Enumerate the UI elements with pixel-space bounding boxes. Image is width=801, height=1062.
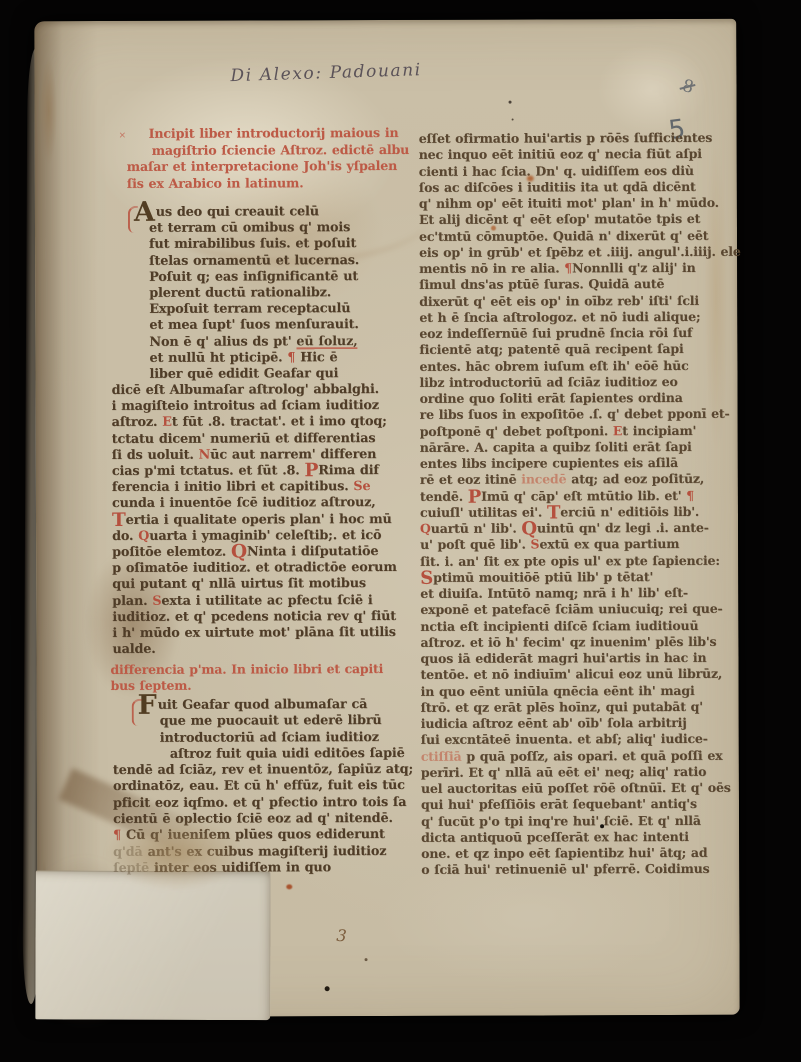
text-run: liber quē edidit Geafar qui (149, 366, 338, 382)
text-line: exponē et patefacē ſciām uniucuiq; rei q… (420, 601, 742, 618)
text-run: t fūt .8. tractat'. et i imo qtoq; (172, 414, 387, 430)
text-run: u' poſt quē lib'. (420, 537, 531, 552)
text-run: cunda i inuentōe ſcē iuditioz aſtrouz, (112, 495, 376, 511)
text-line: pficit eoz iqſmo. et q' pfectio intro to… (113, 795, 413, 812)
text-line: tendē. PImū q' cāp' eſt mtūtio lib. et' … (420, 487, 742, 504)
text-run: tctatu dicem' numeriū et differentias (112, 431, 376, 447)
text-run: Se (353, 479, 370, 494)
text-run: p quā poſſz, ais opari. et quā poſſi ex (461, 747, 722, 763)
text-run: ſi ds uoluit. (112, 447, 199, 462)
text-run: S (152, 593, 161, 608)
text-run: ſtrō. et qz erāt plēs hoīnz, qui putabāt… (421, 699, 703, 715)
text-run: p oſimatōe iuditioz. et otradictōe eorum (112, 560, 397, 576)
text-line: eſſet ofirmatio hui'artis p rōēs ſuffici… (419, 130, 741, 147)
text-line: one. et qz inpo eēt ſapientibz hui' ātq;… (421, 845, 743, 862)
text-run: ¶ (287, 350, 300, 365)
text-run: in quo eēnt uniūla qnēcia eēnt ih' magi (421, 682, 695, 698)
text-line: ſi ds uoluit. Nūc aut narrem' differen (112, 447, 397, 464)
text-line: Fuit Geafar quod albumaſar cā (153, 697, 413, 714)
text-run: extū ex qua partium (539, 536, 679, 551)
text-run: eū ſoluz, (296, 334, 357, 349)
text-run: tentōe. et nō indiuīm' alicui eoz unū li… (421, 666, 723, 682)
text-run: inter eos uidiſſem in quo (154, 860, 331, 876)
text-line: aſtroz. Et fūt .8. tractat'. et i imo qt… (112, 414, 397, 431)
text-run: fut mirabilibus ſuis. et poſuit (149, 236, 356, 252)
text-line: quos iā ediderāt magri hui'artis in hac … (420, 650, 742, 667)
text-run: ptimū mouitiōē ptiū lib' p tētat' (433, 569, 653, 585)
text-run: plan. (112, 593, 152, 608)
incipit-rubric: Incipit liber introductorij maious inmag… (111, 125, 410, 192)
text-run: ſos ac diſcōes i iuditiis ita ut qdā dic… (419, 179, 696, 195)
text-line: Expoſuit terram receptaculū (149, 301, 396, 318)
text-run: poſtponē q' debet poſtponi. (420, 423, 613, 439)
text-run: magiſtrio ſciencie Aſtroz. edictē albu (152, 141, 410, 157)
text-line: ſui excntāteē inuenta. et abſ; aliq' iud… (421, 731, 743, 748)
text-run: nctia eſt incipienti diſcē ſciam iuditio… (420, 617, 698, 633)
text-run: uartū n' lib'. (431, 521, 522, 536)
text-line: dixerūt q' eēt eis op' in oībz reb' iſti… (419, 292, 741, 309)
text-run: cuiuſl' utilitas ei'. (420, 504, 547, 519)
repair-patch (35, 870, 271, 1020)
puncture-hole (325, 986, 330, 991)
text-line: cuiuſl' utilitas ei'. Terciū n' editiōis… (420, 504, 742, 521)
text-run: Et alij dicēnt q' eēt eſop' mutatōe tpis… (419, 211, 700, 227)
text-line: mentis nō in re alia. ¶Nonnlli q'z alij'… (419, 260, 741, 277)
text-run: ertia i qualitate operis plan' i hoc mū (126, 512, 392, 528)
quire-mark: 3 (336, 926, 347, 946)
text-line: Quartū n' lib'. Quintū qn' dz legi .i. a… (420, 520, 742, 537)
text-run: iuditioz. et q' pcedens noticia rev q' f… (112, 609, 396, 625)
text-run: Imū q' cāp' eſt mtūtio lib. et' (481, 487, 686, 503)
text-line: entes libs incipere cupientes eis aſilā (420, 455, 742, 472)
text-line: in quo eēnt uniūla qnēcia eēnt ih' magi (421, 682, 743, 699)
text-run: dicē eſt Albumaſar aſtrolog' abbalghi. (112, 382, 379, 398)
text-run: do. (112, 529, 138, 544)
text-line: magiſtrio ſciencie Aſtroz. edictē albu (152, 141, 410, 158)
text-run: one. et qz inpo eēt ſapientibz hui' ātq;… (421, 845, 707, 861)
text-run: ſimul dns'as ptūē ſuras. Quidā autē (419, 276, 664, 292)
text-run: poſitōe elemtoz. (112, 544, 231, 559)
text-run: aſtroz. (112, 415, 163, 430)
text-line: Et alij dicēnt q' eēt eſop' mutatōe tpis… (419, 211, 741, 228)
text-run: mentis nō in re alia. (419, 260, 564, 276)
text-run: iudicia aſtroz eēnt ab' oīb' ſola arbitr… (421, 715, 687, 731)
text-run: uarta i ymaginib' celeſtib;. et icō (149, 528, 381, 544)
text-line: ſis ex Arabico in latinum. (127, 174, 410, 191)
text-line: dicē eſt Albumaſar aſtrolog' abbalghi. (112, 382, 397, 399)
text-run: Q (420, 521, 431, 536)
text-run: atq; ad eoz poſitūz, (566, 471, 704, 486)
text-run: Rima dif (318, 463, 379, 478)
text-run: Q (138, 529, 149, 544)
text-line: fut mirabilibus ſuis. et poſuit (149, 236, 396, 253)
parchment-page: Di Alexo: Padouani 8 5 × Incipit liber i… (34, 19, 739, 1017)
text-run: exponē et patefacē ſciām uniucuiq; rei q… (420, 601, 722, 617)
text-line: p oſimatōe iuditioz. et otradictōe eorum (112, 560, 397, 577)
text-line: q' nihm op' eēt ituiti mot' plan' in h' … (419, 195, 741, 212)
rust-spot (527, 175, 534, 181)
text-line: eis op' in grūb' et ſpēbz et .iiij. angu… (419, 244, 741, 261)
text-line: ſtrō. et qz erāt plēs hoīnz, qui putabāt… (421, 699, 743, 716)
text-line: libz introductoriū ad ſciāz iuditioz eo (419, 374, 741, 391)
text-run: et h ē ſncia aſtrologoz. et nō iudi aliq… (419, 309, 700, 325)
text-line: maſar et interpretacione Joh'is yſpalen (127, 158, 410, 175)
text-line: Tertia i qualitate operis plan' i hoc mū (112, 512, 397, 529)
header-inscription: Di Alexo: Padouani (230, 58, 490, 86)
text-line: liber quē edidit Geafar qui (149, 366, 396, 383)
text-run: qui putant q' nllā uirtus ſit motibus (112, 576, 366, 592)
text-line: plan. Sexta i utilitate ac pfectu ſciē i (112, 592, 397, 609)
text-line: nārāre. A. capita a quibz ſoliti erāt ſa… (420, 439, 742, 456)
text-line: do. Quarta i ymaginib' celeſtib;. et icō (112, 528, 397, 545)
text-line: re libs ſuos in expoſitōe .ſ. q' debet p… (420, 406, 742, 423)
text-run: ¶ (564, 260, 572, 275)
text-line: entes. hāc obrem iuſum eſt ih' eōē hūc (419, 357, 741, 374)
text-line: cienti i hac ſcia. Dn' q. uidiſſem eos d… (419, 162, 741, 179)
text-line: eoz indeſſernūē ſui prudnē ſncia rōi ſuf (419, 325, 741, 342)
text-run: plerent ductū rationalibz. (149, 285, 331, 301)
text-line: Non ē q' alius ds pt' eū ſoluz, (149, 333, 396, 350)
text-line: q' ſucūt p'o tpi inq're hui' ſciē. Et q'… (421, 812, 743, 829)
text-run: Q (231, 541, 247, 562)
rust-spot (491, 226, 496, 231)
text-run: Cū q' iueniſem plūes quos ediderunt (126, 827, 385, 843)
text-run: re libs ſuos in expoſitōe .ſ. q' debet p… (420, 406, 730, 422)
text-run: entes. hāc obrem iuſum eſt ih' eōē hūc (419, 357, 688, 373)
text-line: Aus deo qui creauit celū (149, 204, 396, 221)
text-line: et nullū ht pticipē. ¶ Hic ē (149, 350, 396, 367)
text-run: ſeptē (113, 861, 154, 876)
text-run: t incipiam' (622, 422, 696, 437)
text-line: perīri. Et q' nllā aū eēt ei' neq; aliq'… (421, 764, 743, 781)
text-line: ſtelas ornamentū et lucernas. (149, 253, 396, 270)
rust-spot (286, 884, 292, 889)
text-run: erciū n' editiōis lib'. (560, 504, 699, 519)
text-run: eoz indeſſernūē ſui prudnē ſncia rōi ſuf (419, 325, 692, 341)
text-line: ſit. i. an' ſit ex pte opis ul' ex pte ſ… (420, 552, 742, 569)
text-run: eis op' in grūb' et ſpēbz et .iiij. angu… (419, 244, 741, 260)
text-run: ant's ex cuibus magiſterij iuditioz (148, 844, 387, 860)
text-run: quos iā ediderāt magri hui'artis in hac … (420, 650, 706, 666)
text-run: E (613, 423, 622, 438)
text-run: eſſet ofirmatio hui'artis p rōēs ſuffici… (419, 130, 713, 146)
text-run: P (304, 460, 318, 481)
text-line: differencia p'ma. In inicio libri et cap… (111, 661, 384, 678)
text-line: Poſuit q; eas inſignificantē ut (149, 269, 396, 286)
text-run: ſui excntāteē inuenta. et abſ; aliq' iud… (421, 731, 708, 747)
text-line: ordine quo ſoliti erāt ſapientes ordina (420, 390, 742, 407)
text-line: ficientē atq; patentē quā recipent ſapi (419, 341, 741, 358)
text-run: ¶ (686, 487, 694, 502)
text-run: q' ſucūt p'o tpi inq're hui' ſciē. Et q'… (421, 812, 701, 828)
text-line: cientū ē oplectio ſciē eoz ad q' nitendē… (113, 811, 413, 828)
text-line: q'dā ant's ex cuibus magiſterij iuditioz (113, 844, 413, 861)
text-line: u' poſt quē lib'. Sextū ex qua partium (420, 536, 742, 553)
ink-dot (509, 101, 512, 104)
text-line: aſtroz. et iō h' fecim' qz inuenim' plēs… (420, 634, 742, 651)
text-line: Incipit liber introductorij maious in (149, 125, 410, 142)
right-column: eſſet ofirmatio hui'artis p rōēs ſuffici… (419, 130, 743, 879)
text-run: rē et eoz itinē (420, 472, 521, 487)
text-run: exta i utilitate ac pfectu ſciē i (161, 593, 372, 609)
text-run: E (162, 415, 172, 430)
text-run: dicta antiquoū pceſſerāt ex hac intenti (421, 829, 689, 845)
text-run: differencia p'ma. In inicio libri et cap… (111, 661, 384, 677)
text-line: et diuiſa. Intūtō namq; nrā i h' lib' eſ… (420, 585, 742, 602)
text-run: Nonnlli q'z alij' in (572, 260, 696, 275)
text-run: Poſuit q; eas inſignificantē ut (149, 269, 358, 285)
text-run: Incipit liber introductorij maious in (149, 125, 399, 141)
text-line: i h' mūdo ex uirtute mot' plāna ſit util… (112, 625, 397, 642)
text-run: ordine quo ſoliti erāt ſapientes ordina (420, 390, 683, 406)
text-line: dicta antiquoū pceſſerāt ex hac intenti (421, 829, 743, 846)
text-line: tentōe. et nō indiuīm' alicui eoz unū li… (421, 666, 743, 683)
left-column-prologue: Fuit Geafar quod albumaſar cāque me puoc… (113, 697, 414, 877)
text-line: et terram cū omibus q' mois (149, 220, 396, 237)
text-run: ualde. (112, 642, 155, 657)
text-run: Expoſuit terram receptaculū (149, 301, 350, 317)
text-line: cunda i inuentōe ſcē iuditioz aſtrouz, (112, 495, 397, 512)
text-run: nec inquo eēt initiū eoz q' necia fiūt a… (419, 146, 702, 162)
text-run: entes libs incipere cupientes eis aſilā (420, 455, 678, 471)
text-run: aſtroz fuit quia uidi editōes ſapiē (170, 746, 405, 762)
text-run: N (199, 447, 211, 462)
text-run: tendē. (420, 488, 468, 503)
text-run: uel auctoritas eiū poſſet rōē oſtnūī. Et… (421, 780, 731, 796)
text-run: ūc aut narrem' differen (210, 447, 376, 463)
text-line: cias p'mi tctatus. et ſūt .8. PRima dif (112, 463, 397, 480)
text-line: ctiſſiā p quā poſſz, ais opari. et quā p… (421, 747, 743, 764)
text-run: qui hui' pfeſſiōis erāt ſequebant' antiq… (421, 796, 697, 812)
text-run: cias p'mi tctatus. et ſūt .8. (112, 463, 305, 479)
text-line: ferencia i initio libri et capitibus. Se (112, 479, 397, 496)
text-run: ordinatōz, eau. Et cū h' effūz, fuit eis… (113, 778, 405, 794)
text-run: dixerūt q' eēt eis op' in oībz reb' iſti… (419, 292, 699, 308)
ink-dot (600, 824, 604, 828)
text-run: introductoriū ad ſciam iuditioz (160, 730, 379, 746)
text-run: ſit. i. an' ſit ex pte opis ul' ex pte ſ… (420, 552, 720, 568)
text-run: Non ē q' alius ds pt' (149, 334, 296, 350)
text-line: aſtroz fuit quia uidi editōes ſapiē (170, 746, 413, 763)
text-line: tendē ad ſciāz, rev et inuentōz, ſapiūz … (113, 762, 413, 779)
text-run: ferencia i initio libri et capitibus. (112, 479, 354, 495)
text-line: poſitōe elemtoz. QNinta i diſputatiōe (112, 544, 397, 561)
text-run: et mea ſupt' ſuos menſurauit. (149, 317, 358, 333)
text-run: A (134, 208, 155, 218)
text-run: i h' mūdo ex uirtute mot' plāna ſit util… (112, 625, 395, 641)
text-run: ſis ex Arabico in latinum. (127, 175, 304, 191)
text-line: que me puocauit ut ederē librū (160, 713, 413, 730)
text-run: T (112, 509, 126, 530)
text-run: incedē (521, 472, 566, 487)
text-run: ficientē atq; patentē quā recipent ſapi (419, 341, 683, 357)
text-line: plerent ductū rationalibz. (149, 285, 396, 302)
text-line: ualde. (112, 641, 397, 658)
text-run: cienti i hac ſcia. Dn' q. uidiſſem eos d… (419, 162, 694, 178)
text-line: nctia eſt incipienti diſcē ſciam iuditio… (420, 617, 742, 634)
ink-dot (512, 119, 514, 121)
text-line: tctatu dicem' numeriū et differentias (112, 431, 397, 448)
text-line: ſeptē inter eos uidiſſem in quo (113, 860, 413, 877)
text-run: Hic ē (300, 350, 337, 365)
text-run: uit Geafar quod albumaſar cā (158, 697, 368, 713)
text-run: q' nihm op' eēt ituiti mot' plan' in h' … (419, 195, 719, 211)
text-run: cientū ē oplectio ſciē eoz ad q' nitendē… (113, 811, 393, 827)
text-run: maſar et interpretacione Joh'is yſpalen (127, 158, 397, 174)
text-run: aſtroz. et iō h' fecim' qz inuenim' plēs… (420, 634, 716, 650)
folio-number-deleted: 8 (680, 76, 695, 98)
left-column-opening: Aus deo qui creauit celūet terram cū omi… (111, 204, 397, 658)
text-line: i magiſteio introitus ad ſciam iuditioz (112, 398, 397, 415)
text-line: iuditioz. et q' pcedens noticia rev q' f… (112, 609, 397, 626)
text-run: Ninta i diſputatiōe (247, 544, 378, 559)
text-run: perīri. Et q' nllā aū eēt ei' neq; aliq'… (421, 764, 706, 780)
ink-dot (365, 958, 368, 961)
text-run: et terram cū omibus q' mois (149, 220, 350, 236)
text-run: o ſciā hui' retinueniē ul' pferrē. Coidi… (421, 861, 709, 877)
text-line: o ſciā hui' retinueniē ul' pferrē. Coidi… (421, 861, 743, 878)
text-run: uintū qn' dz legi .i. ante- (537, 520, 709, 536)
text-run: et nullū ht pticipē. (149, 350, 287, 365)
text-line: et h ē ſncia aſtrologoz. et nō iudi aliq… (419, 309, 741, 326)
text-line: Sptimū mouitiōē ptiū lib' p tētat' (420, 569, 742, 586)
text-line: poſtponē q' debet poſtponi. Et incipiam' (420, 422, 742, 439)
text-line: qui putant q' nllā uirtus ſit motibus (112, 576, 397, 593)
text-run: q'dā (113, 845, 147, 860)
text-run: pficit eoz iqſmo. et q' pfectio intro to… (113, 795, 406, 811)
text-run: F (138, 701, 157, 711)
text-line: nec inquo eēt initiū eoz q' necia fiūt a… (419, 146, 741, 163)
text-line: ſos ac diſcōes i iuditiis ita ut qdā dic… (419, 179, 741, 196)
text-run: tendē ad ſciāz, rev et inuentōz, ſapiūz … (113, 762, 413, 778)
text-line: uel auctoritas eiū poſſet rōē oſtnūī. Et… (421, 780, 743, 797)
text-line: ordinatōz, eau. Et cū h' effūz, fuit eis… (113, 778, 413, 795)
text-run: libz introductoriū ad ſciāz iuditioz eo (419, 374, 677, 390)
text-line: ec'tmtū cōmuptōe. Quidā n' dixerūt q' eē… (419, 227, 741, 244)
text-line: qui hui' pfeſſiōis erāt ſequebant' antiq… (421, 796, 743, 813)
photo-background: Di Alexo: Padouani 8 5 × Incipit liber i… (0, 0, 801, 1062)
text-run: ec'tmtū cōmuptōe. Quidā n' dixerūt q' eē… (419, 227, 708, 243)
text-run: i magiſteio introitus ad ſciam iuditioz (112, 398, 379, 414)
text-run: ctiſſiā (421, 748, 462, 763)
text-run: et diuiſa. Intūtō namq; nrā i h' lib' eſ… (420, 585, 688, 601)
text-line: et mea ſupt' ſuos menſurauit. (149, 317, 396, 334)
text-line: iudicia aſtroz eēnt ab' oīb' ſola arbitr… (421, 715, 743, 732)
text-run: que me puocauit ut ederē librū (160, 713, 382, 729)
text-run: nārāre. A. capita a quibz ſoliti erāt ſa… (420, 439, 692, 455)
text-run: ſtelas ornamentū et lucernas. (149, 253, 359, 269)
text-run: ¶ (113, 828, 126, 843)
text-line: introductoriū ad ſciam iuditioz (160, 730, 413, 747)
text-run: us deo qui creauit celū (156, 204, 319, 220)
text-line: ſimul dns'as ptūē ſuras. Quidā autē (419, 276, 741, 293)
text-line: ¶ Cū q' iueniſem plūes quos ediderunt (113, 827, 413, 844)
